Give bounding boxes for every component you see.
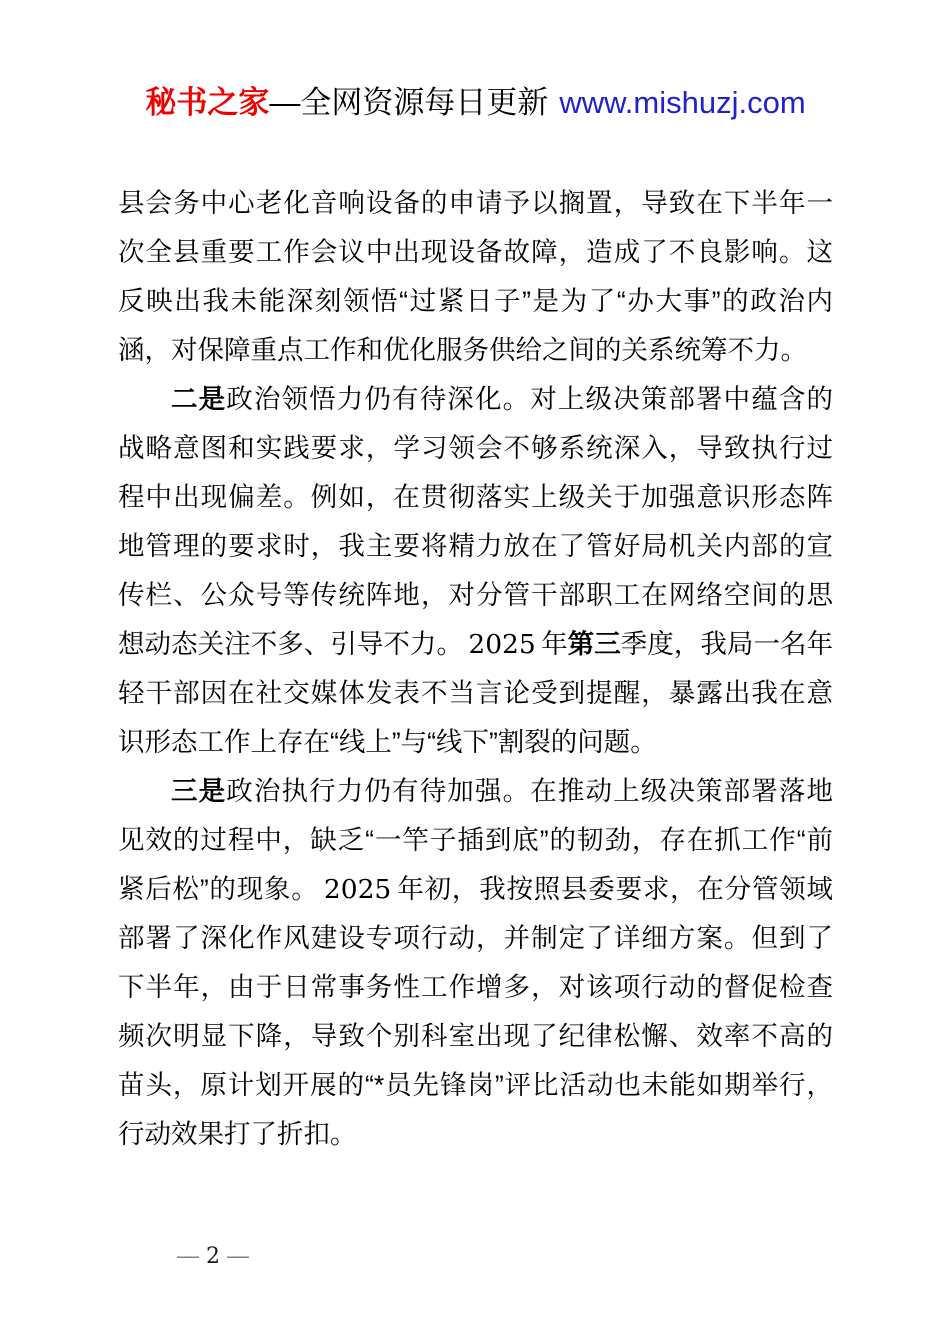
page-number-dash-right: — (227, 1243, 249, 1268)
lead-in-bold: 三是 (171, 776, 226, 806)
text-segment: 年 (541, 629, 568, 659)
page-number-dash-left: — (177, 1243, 199, 1268)
site-url-link[interactable]: www.mishuzj.com (559, 85, 805, 120)
text-segment: 政治领悟力仍有待深化。对上级决策部署中蕴含的战略意图和实践要求，学习领会不够系统… (118, 384, 833, 659)
paragraph-point-two: 二是政治领悟力仍有待深化。对上级决策部署中蕴含的战略意图和实践要求，学习领会不够… (118, 375, 833, 767)
lead-in-bold: 二是 (171, 384, 226, 414)
year-number: 2025 (468, 629, 535, 660)
text-segment: 年初，我按照县委要求，在分管领域部署了深化作风建设专项行动，并制定了详细方案。但… (118, 874, 833, 1149)
site-name: 秘书之家 (145, 85, 269, 120)
page-number-value: 2 (199, 1244, 227, 1269)
bold-quarter: 第三 (568, 629, 621, 659)
paragraph-continuation: 县会务中心老化音响设备的申请予以搁置，导致在下半年一次全县重要工作会议中出现设备… (118, 179, 833, 375)
site-header: 秘书之家—全网资源每日更新www.mishuzj.com (118, 82, 833, 124)
page-number: —2— (177, 1243, 249, 1270)
document-page: 秘书之家—全网资源每日更新www.mishuzj.com 县会务中心老化音响设备… (0, 0, 950, 1344)
year-number: 2025 (324, 874, 391, 905)
site-tagline: 全网资源每日更新 (300, 85, 548, 120)
text-segment: 县会务中心老化音响设备的申请予以搁置，导致在下半年一次全县重要工作会议中出现设备… (118, 188, 833, 365)
paragraph-point-three: 三是政治执行力仍有待加强。在推动上级决策部署落地见效的过程中，缺乏“一竿子插到底… (118, 767, 833, 1159)
document-body: 县会务中心老化音响设备的申请予以搁置，导致在下半年一次全县重要工作会议中出现设备… (118, 179, 833, 1159)
header-dash: — (269, 85, 300, 120)
